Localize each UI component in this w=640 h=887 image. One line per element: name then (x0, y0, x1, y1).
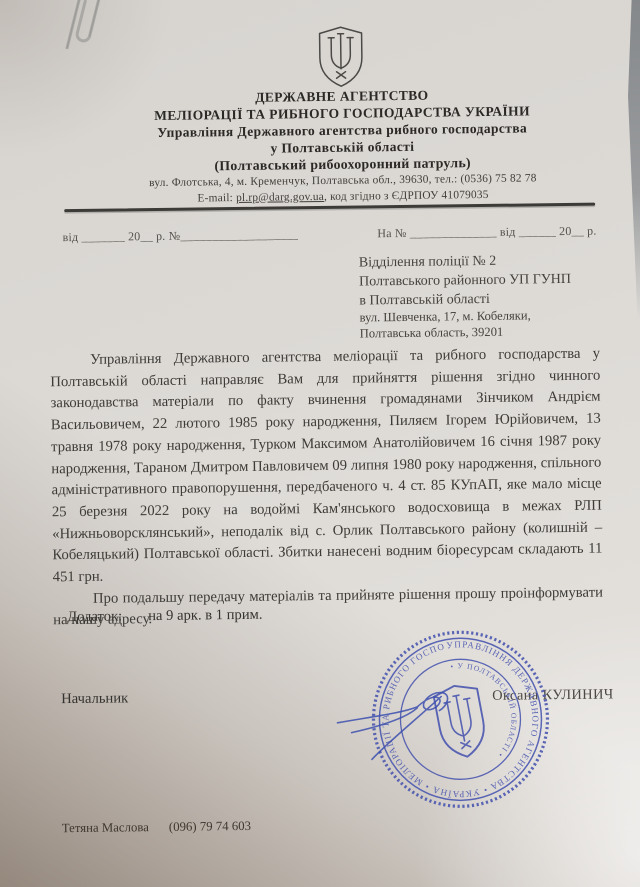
email-address: pl.rp@darg.gov.ua (236, 190, 324, 203)
signoff-position: Начальник (61, 690, 128, 708)
coat-of-arms-icon (317, 25, 365, 88)
email-label: E-mail: (197, 192, 236, 204)
photographed-document: ДЕРЖАВНЕ АГЕНТСТВО МЕЛІОРАЦІЇ ТА РИБНОГО… (0, 0, 640, 887)
body-paragraphs: Управління Державного агентства меліорац… (50, 344, 603, 633)
recipient-line1: Відділення поліції № 2 (359, 252, 571, 273)
body-paragraph-1: Управління Державного агентства меліорац… (50, 344, 603, 589)
letterhead: ДЕРЖАВНЕ АГЕНТСТВО МЕЛІОРАЦІЇ ТА РИБНОГО… (37, 84, 640, 207)
recipient-block: Відділення поліції № 2 Полтавського райо… (359, 252, 572, 343)
recipient-line2: Полтавського районного УП ГУНП (359, 271, 571, 292)
executor-phone: (096) 79 74 603 (169, 819, 251, 834)
executor-name: Тетяна Маслова (62, 820, 149, 835)
recipient-address-line2: Полтавська область, 39201 (360, 324, 572, 342)
attachment-line: Додаток:на 9 арк. в 1 прим. (67, 607, 263, 626)
outgoing-number-blank: від _______ 20__ р. №___________________ (62, 227, 298, 245)
attachment-value: на 9 арк. в 1 прим. (148, 607, 263, 624)
recipient-line3: в Полтавській області (359, 290, 571, 311)
footer-contact: Тетяна Маслова(096) 79 74 603 (62, 819, 251, 836)
signature-scribble (289, 675, 570, 788)
reference-line: від _______ 20__ р. №___________________… (62, 224, 596, 246)
document-sheet: ДЕРЖАВНЕ АГЕНТСТВО МЕЛІОРАЦІЇ ТА РИБНОГО… (0, 0, 640, 887)
edrpou-code: , код згідно з ЄДРПОУ 41079035 (324, 188, 489, 202)
incoming-number-blank: На № ______________ від ______ 20__ р. (377, 224, 596, 242)
attachment-label: Додаток: (67, 608, 122, 625)
